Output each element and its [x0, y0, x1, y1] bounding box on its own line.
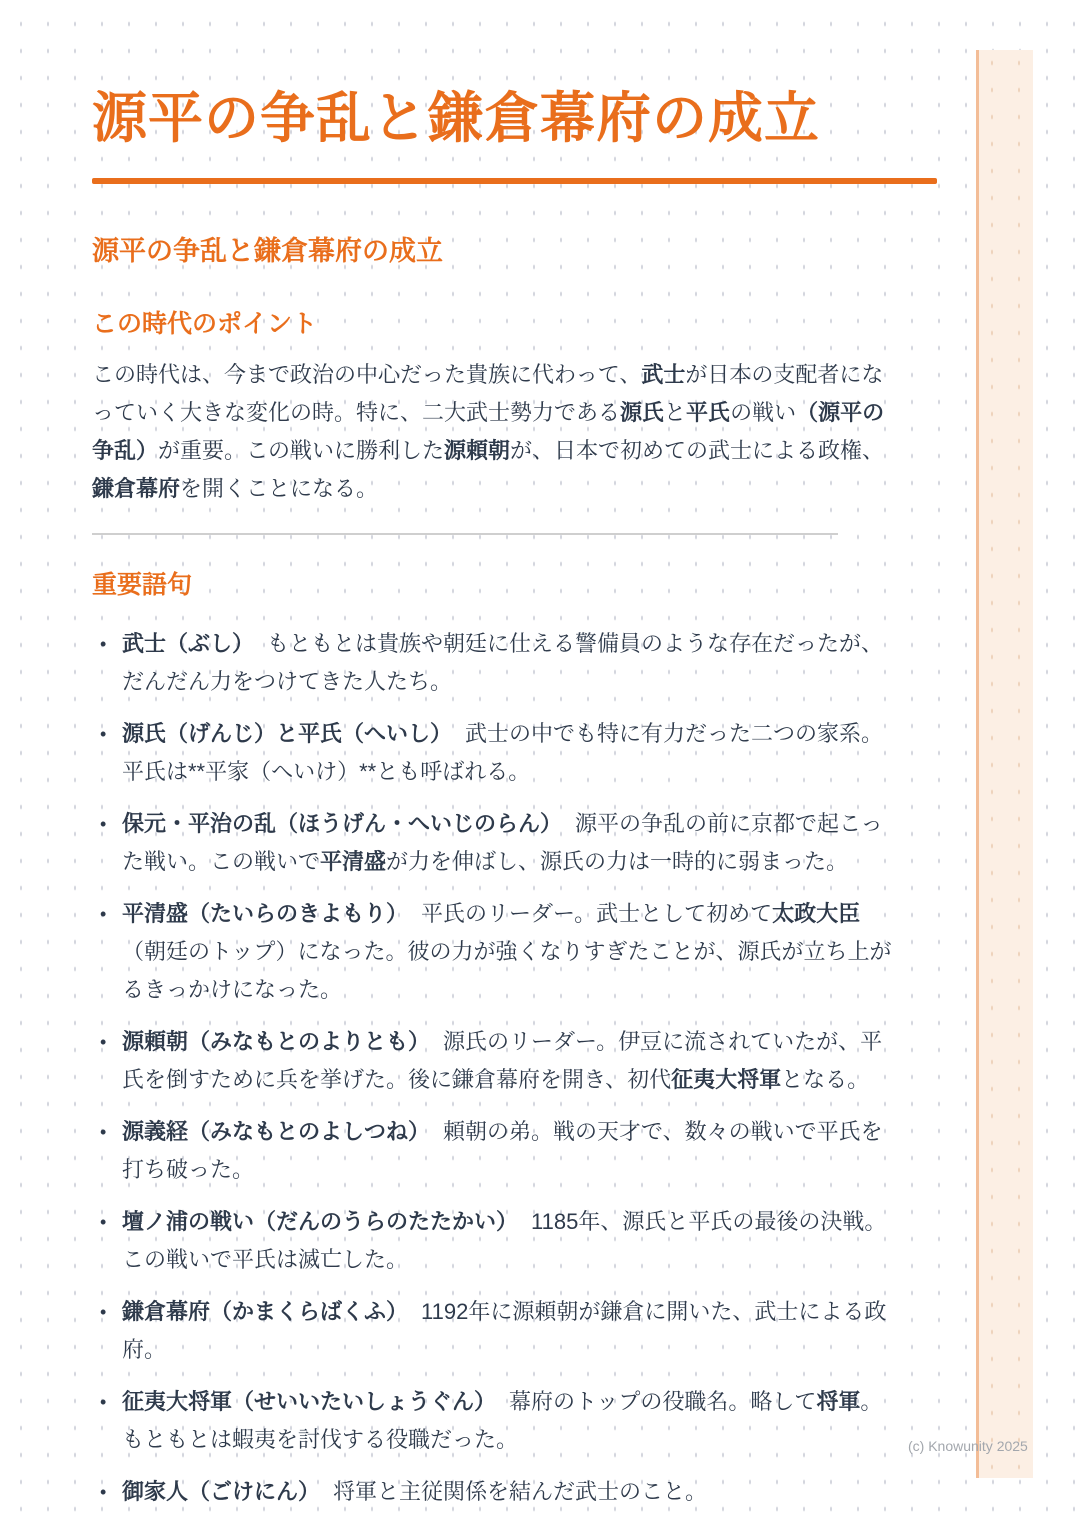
term-item: 武士（ぶし）もともとは貴族や朝廷に仕える警備員のような存在だったが、だんだん力を… — [92, 625, 892, 701]
term-item: 平清盛（たいらのきよもり）平氏のリーダー。武士として初めて太政大臣（朝廷のトップ… — [92, 895, 892, 1009]
term-item: 征夷大将軍（せいいたいしょうぐん）幕府のトップの役職名。略して将軍。もともとは蝦… — [92, 1383, 892, 1459]
term-text: 武士（ぶし）もともとは貴族や朝廷に仕える警備員のような存在だったが、だんだん力を… — [122, 631, 883, 694]
term-text: 保元・平治の乱（ほうげん・へいじのらん）源平の争乱の前に京都で起こった戦い。この… — [122, 811, 883, 874]
term-item: 鎌倉幕府（かまくらばくふ）1192年に源頼朝が鎌倉に開いた、武士による政府。 — [92, 1293, 892, 1369]
document-body: 源平の争乱と鎌倉幕府の成立 源平の争乱と鎌倉幕府の成立 この時代のポイント この… — [92, 0, 937, 1525]
document-title: 源平の争乱と鎌倉幕府の成立 — [92, 88, 937, 148]
term-text: 源頼朝（みなもとのよりとも）源氏のリーダー。伊豆に流されていたが、平氏を倒すため… — [122, 1029, 882, 1092]
term-text: 鎌倉幕府（かまくらばくふ）1192年に源頼朝が鎌倉に開いた、武士による政府。 — [122, 1299, 886, 1362]
term-item: 御家人（ごけにん）将軍と主従関係を結んだ武士のこと。 — [92, 1473, 892, 1511]
term-text: 壇ノ浦の戦い（だんのうらのたたかい）1185年、源氏と平氏の最後の決戦。この戦い… — [122, 1209, 886, 1272]
term-item: 源氏（げんじ）と平氏（へいし）武士の中でも特に有力だった二つの家系。平氏は**平… — [92, 715, 892, 791]
watermark: (c) Knowunity 2025 — [908, 1438, 1028, 1454]
terms-heading: 重要語句 — [92, 569, 937, 601]
term-item: 保元・平治の乱（ほうげん・へいじのらん）源平の争乱の前に京都で起こった戦い。この… — [92, 805, 892, 881]
title-underline — [92, 178, 937, 184]
points-heading: この時代のポイント — [92, 308, 937, 340]
term-item: 壇ノ浦の戦い（だんのうらのたたかい）1185年、源氏と平氏の最後の決戦。この戦い… — [92, 1203, 892, 1279]
term-text: 源義経（みなもとのよしつね）頼朝の弟。戦の天才で、数々の戦いで平氏を打ち破った。 — [122, 1119, 883, 1182]
side-stripe — [976, 50, 1033, 1478]
section-heading: 源平の争乱と鎌倉幕府の成立 — [92, 234, 937, 268]
term-item: 源頼朝（みなもとのよりとも）源氏のリーダー。伊豆に流されていたが、平氏を倒すため… — [92, 1023, 892, 1099]
term-text: 征夷大将軍（せいいたいしょうぐん）幕府のトップの役職名。略して将軍。もともとは蝦… — [122, 1389, 882, 1452]
section-divider — [92, 533, 838, 535]
term-item: 源義経（みなもとのよしつね）頼朝の弟。戦の天才で、数々の戦いで平氏を打ち破った。 — [92, 1113, 892, 1189]
terms-list: 武士（ぶし）もともとは貴族や朝廷に仕える警備員のような存在だったが、だんだん力を… — [92, 625, 892, 1511]
term-text: 御家人（ごけにん）将軍と主従関係を結んだ武士のこと。 — [122, 1479, 707, 1504]
term-text: 源氏（げんじ）と平氏（へいし）武士の中でも特に有力だった二つの家系。平氏は**平… — [122, 721, 883, 784]
intro-paragraph: この時代は、今まで政治の中心だった貴族に代わって、武士が日本の支配者になっていく… — [92, 356, 892, 508]
page-root: { "page": { "doc_title": "源平の争乱と鎌倉幕府の成立"… — [0, 0, 1080, 1528]
term-text: 平清盛（たいらのきよもり）平氏のリーダー。武士として初めて太政大臣（朝廷のトップ… — [122, 901, 892, 1002]
